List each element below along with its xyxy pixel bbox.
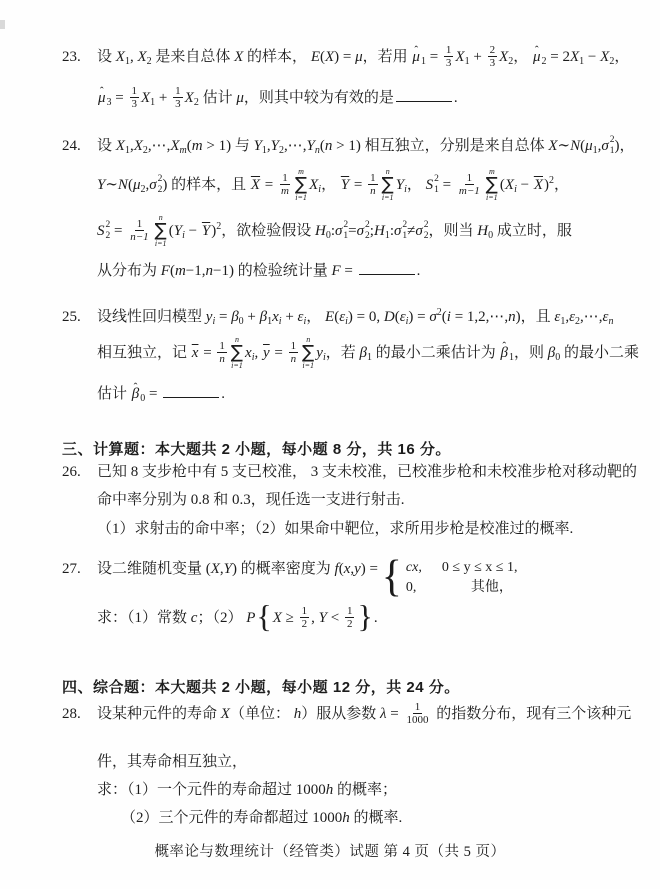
question-25-line-1: 25.设线性回归模型 yi = β0 + β1xi + εi， E(εi) = … (0, 300, 613, 335)
question-25-line-1-content: 设线性回归模型 yi = β0 + β1xi + εi， E(εi) = 0, … (97, 309, 613, 325)
question-24-line-4-content: 从分布为 F(m−1,n−1) 的检验统计量 F = . (97, 263, 420, 279)
question-24-line-3: S22 = 1n−1n∑i=1(Yi − Y)2，欲检验假设 H0:σ21=σ2… (0, 214, 572, 249)
question-28-line-4: （2）三个元件的寿命都超过 1000h 的概率. (0, 805, 402, 831)
question-25-line-2-content: 相互独立，记 x = 1nn∑i=1xi, y = 1nn∑i=1yi，若 β1… (97, 345, 639, 361)
question-26-line-2-content: 命中率分别为 0.8 和 0.3，现任选一支进行射击. (97, 492, 405, 508)
page-footer: 概率论与数理统计（经管类）试题 第 4 页（共 5 页） (0, 840, 660, 861)
question-24-line-1-content: 设 X1,X2,⋯,Xm(m > 1) 与 Y1,Y2,⋯,Yn(n > 1) … (97, 138, 635, 154)
question-23-line-1: 23.设 X1, X2 是来自总体 X 的样本， E(X) = μ，若用 μˆ1… (0, 44, 629, 75)
question-24-line-4: 从分布为 F(m−1,n−1) 的检验统计量 F = . (0, 258, 420, 284)
question-24-line-1: 24.设 X1,X2,⋯,Xm(m > 1) 与 Y1,Y2,⋯,Yn(n > … (0, 133, 635, 164)
scan-artifact-mark (0, 20, 5, 29)
question-25-line-2: 相互独立，记 x = 1nn∑i=1xi, y = 1nn∑i=1yi，若 β1… (0, 336, 639, 371)
question-27-line-1: 27.设二维随机变量 (X,Y) 的概率密度为 f(x,y) = {cx,0 ≤… (0, 551, 562, 587)
question-25-number: 25. (62, 304, 97, 330)
question-26-number: 26. (62, 459, 97, 485)
question-27-line-2: 求：（1）常数 c；（2） P{X ≥ 12, Y < 12}. (0, 604, 378, 633)
question-24-line-2-content: Y∼N(μ2,σ22) 的样本，且 X = 1mm∑i=1Xi， Y = 1nn… (97, 177, 569, 193)
question-27-number: 27. (62, 556, 97, 582)
question-28-line-2-content: 件，其寿命相互独立， (97, 754, 247, 770)
question-25-line-3: 估计 βˆ0 = . (0, 381, 225, 412)
question-28-line-3-content: 求：（1）一个元件的寿命超过 1000h 的概率； (97, 782, 397, 798)
question-28-number: 28. (62, 701, 97, 727)
question-27-line-2-content: 求：（1）常数 c；（2） P{X ≥ 12, Y < 12}. (97, 610, 378, 626)
question-24-number: 24. (62, 133, 97, 159)
question-27-line-1-content: 设二维随机变量 (X,Y) 的概率密度为 f(x,y) = {cx,0 ≤ y … (97, 561, 562, 577)
question-28-line-3: 求：（1）一个元件的寿命超过 1000h 的概率； (0, 777, 397, 803)
question-26-line-1: 26.已知 8 支步枪中有 5 支已校准， 3 支未校准，已校准步枪和未校准步枪… (0, 459, 637, 485)
question-28-line-4-content: （2）三个元件的寿命都超过 1000h 的概率. (121, 810, 402, 826)
question-23-line-1-content: 设 X1, X2 是来自总体 X 的样本， E(X) = μ，若用 μˆ1 = … (97, 49, 629, 65)
question-26-line-2: 命中率分别为 0.8 和 0.3，现任选一支进行射击. (0, 487, 405, 513)
question-24-line-2: Y∼N(μ2,σ22) 的样本，且 X = 1mm∑i=1Xi， Y = 1nn… (0, 168, 569, 203)
question-23-number: 23. (62, 44, 97, 70)
question-28-line-1: 28.设某种元件的寿命 X（单位： h）服从参数 λ = 11000 的指数分布… (0, 701, 631, 727)
question-24-line-3-content: S22 = 1n−1n∑i=1(Yi − Y)2，欲检验假设 H0:σ21=σ2… (97, 223, 572, 239)
question-28-line-1-content: 设某种元件的寿命 X（单位： h）服从参数 λ = 11000 的指数分布，现有… (97, 706, 631, 722)
question-26-line-1-content: 已知 8 支步枪中有 5 支已校准， 3 支未校准，已校准步枪和未校准步枪对移动… (97, 464, 637, 480)
section-4-header: 四、综合题：本大题共 2 小题，每小题 12 分，共 24 分。 (0, 675, 460, 701)
question-25-line-3-content: 估计 βˆ0 = . (97, 386, 225, 402)
question-26-line-3-content: （1）求射击的命中率；（2）如果命中靶位，求所用步枪是校准过的概率. (97, 521, 573, 537)
question-26-line-3: （1）求射击的命中率；（2）如果命中靶位，求所用步枪是校准过的概率. (0, 516, 573, 542)
question-23-line-2-content: μˆ3 = 13X1 + 13X2 估计 μ，则其中较为有效的是. (97, 90, 458, 106)
exam-page: 23.设 X1, X2 是来自总体 X 的样本， E(X) = μ，若用 μˆ1… (0, 0, 660, 889)
question-28-line-2: 件，其寿命相互独立， (0, 749, 247, 775)
question-23-line-2: μˆ3 = 13X1 + 13X2 估计 μ，则其中较为有效的是. (0, 85, 458, 116)
